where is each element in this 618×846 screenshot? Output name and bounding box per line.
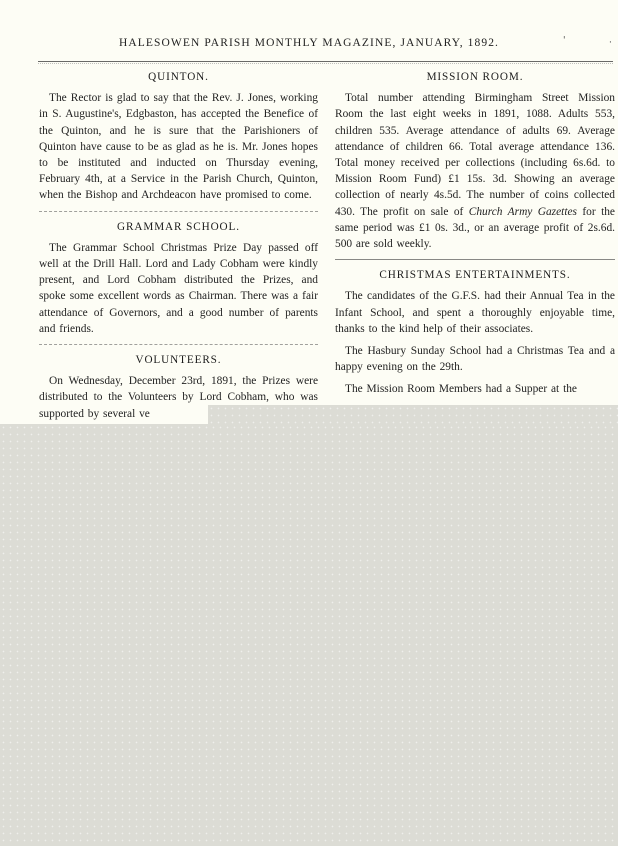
paragraph: The Grammar School Christmas Prize Day p… — [39, 240, 318, 337]
section-divider — [39, 211, 318, 212]
left-column: QUINTON. The Rector is glad to say that … — [39, 68, 318, 422]
section-grammar-school: GRAMMAR SCHOOL. The Grammar School Chris… — [39, 219, 318, 337]
section-christmas-entertainments: CHRISTMAS ENTERTAINMENTS. The candidates… — [335, 267, 615, 397]
running-head: HALESOWEN PARISH MONTHLY MAGAZINE, JANUA… — [0, 37, 618, 49]
section-divider — [39, 344, 318, 345]
scan-speck: · — [609, 38, 612, 48]
section-quinton: QUINTON. The Rector is glad to say that … — [39, 69, 318, 204]
header-rule-dotted — [38, 63, 613, 64]
unloaded-region — [0, 424, 618, 846]
unloaded-region — [208, 405, 618, 425]
scan-speck: ' — [563, 36, 565, 46]
section-title: QUINTON. — [39, 69, 318, 85]
section-title: MISSION ROOM. — [335, 69, 615, 85]
section-divider — [335, 259, 615, 260]
publication-title: Church Army Gazettes — [469, 206, 577, 218]
paragraph: The Mission Room Members had a Supper at… — [335, 381, 615, 397]
right-column: MISSION ROOM. Total number attending Bir… — [335, 68, 615, 398]
section-mission-room: MISSION ROOM. Total number attending Bir… — [335, 69, 615, 252]
section-title: CHRISTMAS ENTERTAINMENTS. — [335, 267, 615, 283]
paragraph: The candidates of the G.F.S. had their A… — [335, 288, 615, 337]
section-title: GRAMMAR SCHOOL. — [39, 219, 318, 235]
section-title: VOLUNTEERS. — [39, 352, 318, 368]
scanned-page: HALESOWEN PARISH MONTHLY MAGAZINE, JANUA… — [0, 0, 618, 846]
paragraph: The Rector is glad to say that the Rev. … — [39, 90, 318, 203]
header-rule — [38, 61, 613, 62]
paragraph: Total number attending Birmingham Street… — [335, 90, 615, 252]
paragraph: The Hasbury Sunday School had a Christma… — [335, 343, 615, 375]
paragraph-text: Total number attending Birmingham Street… — [335, 92, 615, 217]
